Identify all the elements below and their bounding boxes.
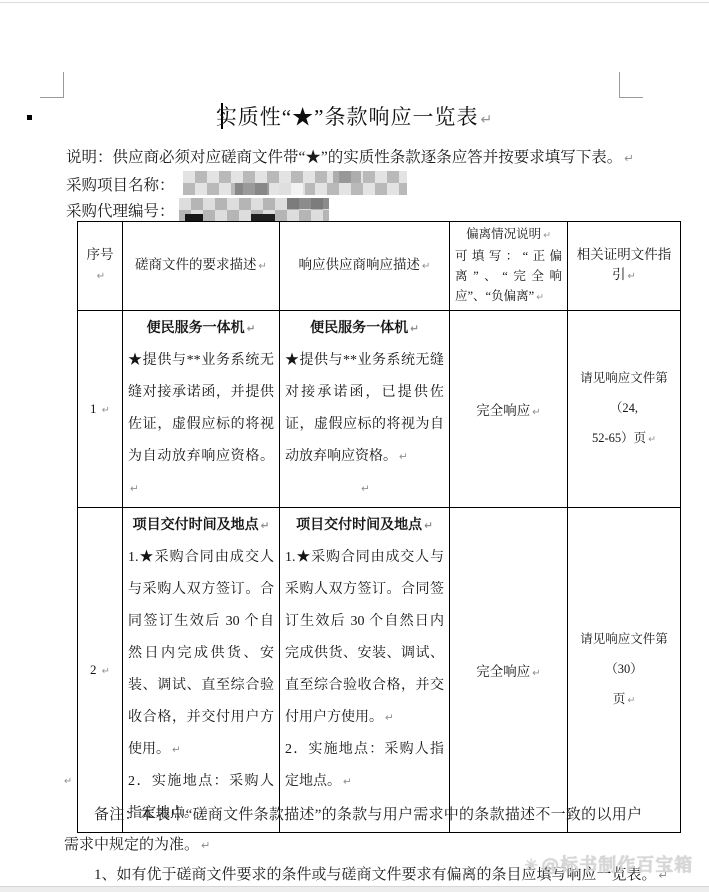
- instruction-text: 说明：供应商必须对应磋商文件带“★”的实质性条款逐条应答并按要求填写下表。↵: [66, 145, 706, 167]
- paragraph-mark: ↵: [532, 407, 540, 418]
- requirement-paragraph-text: ★提供与**业务系统无缝对接承诺函，并提供佐证，虚假应标的将视为自动放弃响应资格…: [128, 353, 274, 464]
- paragraph-mark: ↵: [130, 483, 139, 495]
- response-title-text: 便民服务一体机: [310, 321, 408, 336]
- cell-requirement-2: 项目交付时间及地点↵ 1.★采购合同由成交人与采购人双方签订。合同签订生效后 3…: [123, 508, 280, 833]
- response-title: 项目交付时间及地点↵: [285, 510, 444, 542]
- paragraph-mark: ↵: [247, 323, 256, 335]
- cell-requirement-1: 便民服务一体机↵ ★提供与**业务系统无缝对接承诺函，并提供佐证，虚假应标的将视…: [123, 311, 280, 508]
- header-deviation-note-text: 可填写：“正偏离”、“完全响应”、“负偏离”: [455, 249, 562, 303]
- paragraph-mark: ↵: [648, 434, 656, 445]
- response-paragraph: ★提供与**业务系统无缝对接承诺函，已提供佐证，虚假应标的将视为自动放弃响应资格…: [285, 345, 444, 473]
- cell-response-2: 项目交付时间及地点↵ 1.★采购合同由成交人与采购人双方签订。合同签订生效后 3…: [280, 508, 450, 833]
- reference-line-text: 请见响应文件第（24,: [580, 371, 668, 415]
- header-serial: 序号↵: [78, 222, 123, 311]
- cell-deviation-2: 完全响应↵: [450, 508, 568, 833]
- table-row-2: 2 ↵ 项目交付时间及地点↵ 1.★采购合同由成交人与采购人双方签订。合同签订生…: [78, 508, 681, 833]
- requirement-title-text: 便民服务一体机: [147, 321, 245, 336]
- header-deviation-line2: 可填写：“正偏离”、“完全响应”、“负偏离”↵: [455, 246, 562, 308]
- paragraph-mark: ↵: [361, 483, 370, 495]
- project-name-label: 采购项目名称：: [66, 177, 175, 194]
- remark-text: 备注：本表中“磋商文件条款描述”的条款与用户需求中的条款描述不一致的以用户需求中…: [64, 807, 642, 853]
- instruction-text-content: 说明：供应商必须对应磋商文件带“★”的实质性条款逐条应答并按要求填写下表。: [66, 149, 622, 166]
- empty-paragraph: ↵: [62, 772, 72, 788]
- paragraph-mark: ↵: [172, 744, 181, 756]
- agency-code-redaction: [179, 198, 329, 221]
- header-reference-text: 相关证明文件指引: [577, 247, 672, 282]
- watermark: ✳@标书制作百宝箱: [524, 851, 693, 877]
- reference-line: 请见响应文件第（30）: [573, 624, 675, 684]
- cell-deviation-1: 完全响应↵: [450, 311, 568, 508]
- paragraph-mark: ↵: [97, 271, 105, 282]
- paragraph-mark: ↵: [102, 666, 110, 677]
- header-deviation-text: 偏离情况说明: [466, 227, 541, 241]
- serial-number: 2: [90, 662, 97, 677]
- agency-code-row: 采购代理编号：: [66, 198, 329, 221]
- reference-line-text: 页: [613, 692, 626, 706]
- cell-serial-1: 1 ↵: [78, 311, 123, 508]
- page-title: 实质性“★”条款响应一览表↵: [0, 101, 709, 131]
- header-response-text: 响应供应商响应描述: [299, 257, 421, 272]
- watermark-text: @标书制作百宝箱: [541, 855, 693, 876]
- table-header-row: 序号↵ 磋商文件的要求描述↵ 响应供应商响应描述↵ 偏离情况说明↵ 可填写：“正…: [78, 222, 681, 311]
- project-name-redaction: [183, 171, 407, 195]
- page-title-text: 实质性“★”条款响应一览表: [216, 105, 479, 129]
- requirement-paragraph-text: 1.★采购合同由成交人与采购人双方签订。合同签订生效后 30 个自然日内完成供货…: [128, 550, 274, 757]
- cell-reference-2: 请见响应文件第（30） 页↵: [568, 508, 681, 833]
- paragraph-mark: ↵: [343, 776, 352, 788]
- header-serial-text: 序号: [87, 247, 114, 262]
- response-title: 便民服务一体机↵: [285, 313, 444, 345]
- paragraph-mark: ↵: [424, 520, 433, 532]
- response-paragraph-text: 1.★采购合同由成交人与采购人双方签订。合同签订生效后 30 个自然日内完成供货…: [285, 550, 444, 725]
- reference-line-text: 请见响应文件第（30）: [580, 632, 668, 676]
- empty-paragraph: ↵: [285, 473, 444, 505]
- margin-crop-mark-right: [619, 72, 643, 98]
- reference-line: 52-65）页↵: [573, 423, 675, 455]
- agency-code-label: 采购代理编号：: [66, 203, 175, 220]
- paragraph-mark: ↵: [627, 695, 635, 706]
- paragraph-mark: ↵: [201, 839, 210, 852]
- cell-serial-2: 2 ↵: [78, 508, 123, 833]
- paragraph-mark: ↵: [628, 271, 636, 282]
- paragraph-mark: ↵: [480, 112, 493, 128]
- deviation-value: 完全响应: [476, 664, 530, 679]
- paragraph-mark: ↵: [261, 520, 270, 532]
- header-deviation: 偏离情况说明↵ 可填写：“正偏离”、“完全响应”、“负偏离”↵: [450, 222, 568, 311]
- cell-reference-1: 请见响应文件第（24, 52-65）页↵: [568, 311, 681, 508]
- header-reference: 相关证明文件指引↵: [568, 222, 681, 311]
- response-paragraph-text: ★提供与**业务系统无缝对接承诺函，已提供佐证，虚假应标的将视为自动放弃响应资格…: [285, 353, 444, 464]
- response-paragraph-text: 2．实施地点：采购人指定地点。: [285, 742, 444, 789]
- project-name-row: 采购项目名称：: [66, 171, 407, 195]
- response-title-text: 项目交付时间及地点: [296, 518, 422, 533]
- serial-number: 1: [90, 401, 97, 416]
- header-response: 响应供应商响应描述↵: [280, 222, 450, 311]
- paragraph-mark: ↵: [385, 712, 394, 724]
- table-row-1: 1 ↵ 便民服务一体机↵ ★提供与**业务系统无缝对接承诺函，并提供佐证，虚假应…: [78, 311, 681, 508]
- requirement-paragraph: 1.★采购合同由成交人与采购人双方签订。合同签订生效后 30 个自然日内完成供货…: [128, 542, 274, 766]
- paragraph-mark: ↵: [410, 323, 419, 335]
- deviation-value: 完全响应: [476, 403, 530, 418]
- paragraph-mark: ↵: [624, 151, 634, 165]
- cell-response-1: 便民服务一体机↵ ★提供与**业务系统无缝对接承诺函，已提供佐证，虚假应标的将视…: [280, 311, 450, 508]
- response-paragraph: 2．实施地点：采购人指定地点。↵: [285, 734, 444, 798]
- paragraph-mark: ↵: [102, 405, 110, 416]
- paragraph-mark: ↵: [536, 292, 544, 303]
- requirement-title-text: 项目交付时间及地点: [133, 518, 259, 533]
- page-bottom-strip: [0, 886, 709, 892]
- reference-line: 页↵: [573, 684, 675, 716]
- margin-crop-mark-left: [40, 72, 64, 98]
- paragraph-mark: ↵: [543, 230, 551, 241]
- watermark-logo-icon: ✳: [524, 856, 539, 876]
- requirement-title: 便民服务一体机↵: [128, 313, 274, 345]
- response-paragraph: 1.★采购合同由成交人与采购人双方签订。合同签订生效后 30 个自然日内完成供货…: [285, 542, 444, 734]
- requirement-paragraph: ★提供与**业务系统无缝对接承诺函，并提供佐证，虚假应标的将视为自动放弃响应资格…: [128, 345, 274, 505]
- header-deviation-line1: 偏离情况说明↵: [455, 224, 562, 246]
- reference-line: 请见响应文件第（24,: [573, 363, 675, 423]
- header-requirement-text: 磋商文件的要求描述: [135, 257, 257, 272]
- paragraph-mark: ↵: [532, 668, 540, 679]
- page-top-divider: [0, 2, 709, 3]
- paragraph-mark: ↵: [422, 261, 430, 272]
- response-table: 序号↵ 磋商文件的要求描述↵ 响应供应商响应描述↵ 偏离情况说明↵ 可填写：“正…: [77, 221, 681, 833]
- paragraph-mark: ↵: [64, 776, 72, 787]
- reference-line-text: 52-65）页: [592, 431, 646, 445]
- paragraph-mark: ↵: [399, 451, 408, 463]
- paragraph-mark: ↵: [259, 261, 267, 272]
- header-requirement: 磋商文件的要求描述↵: [123, 222, 280, 311]
- requirement-title: 项目交付时间及地点↵: [128, 510, 274, 542]
